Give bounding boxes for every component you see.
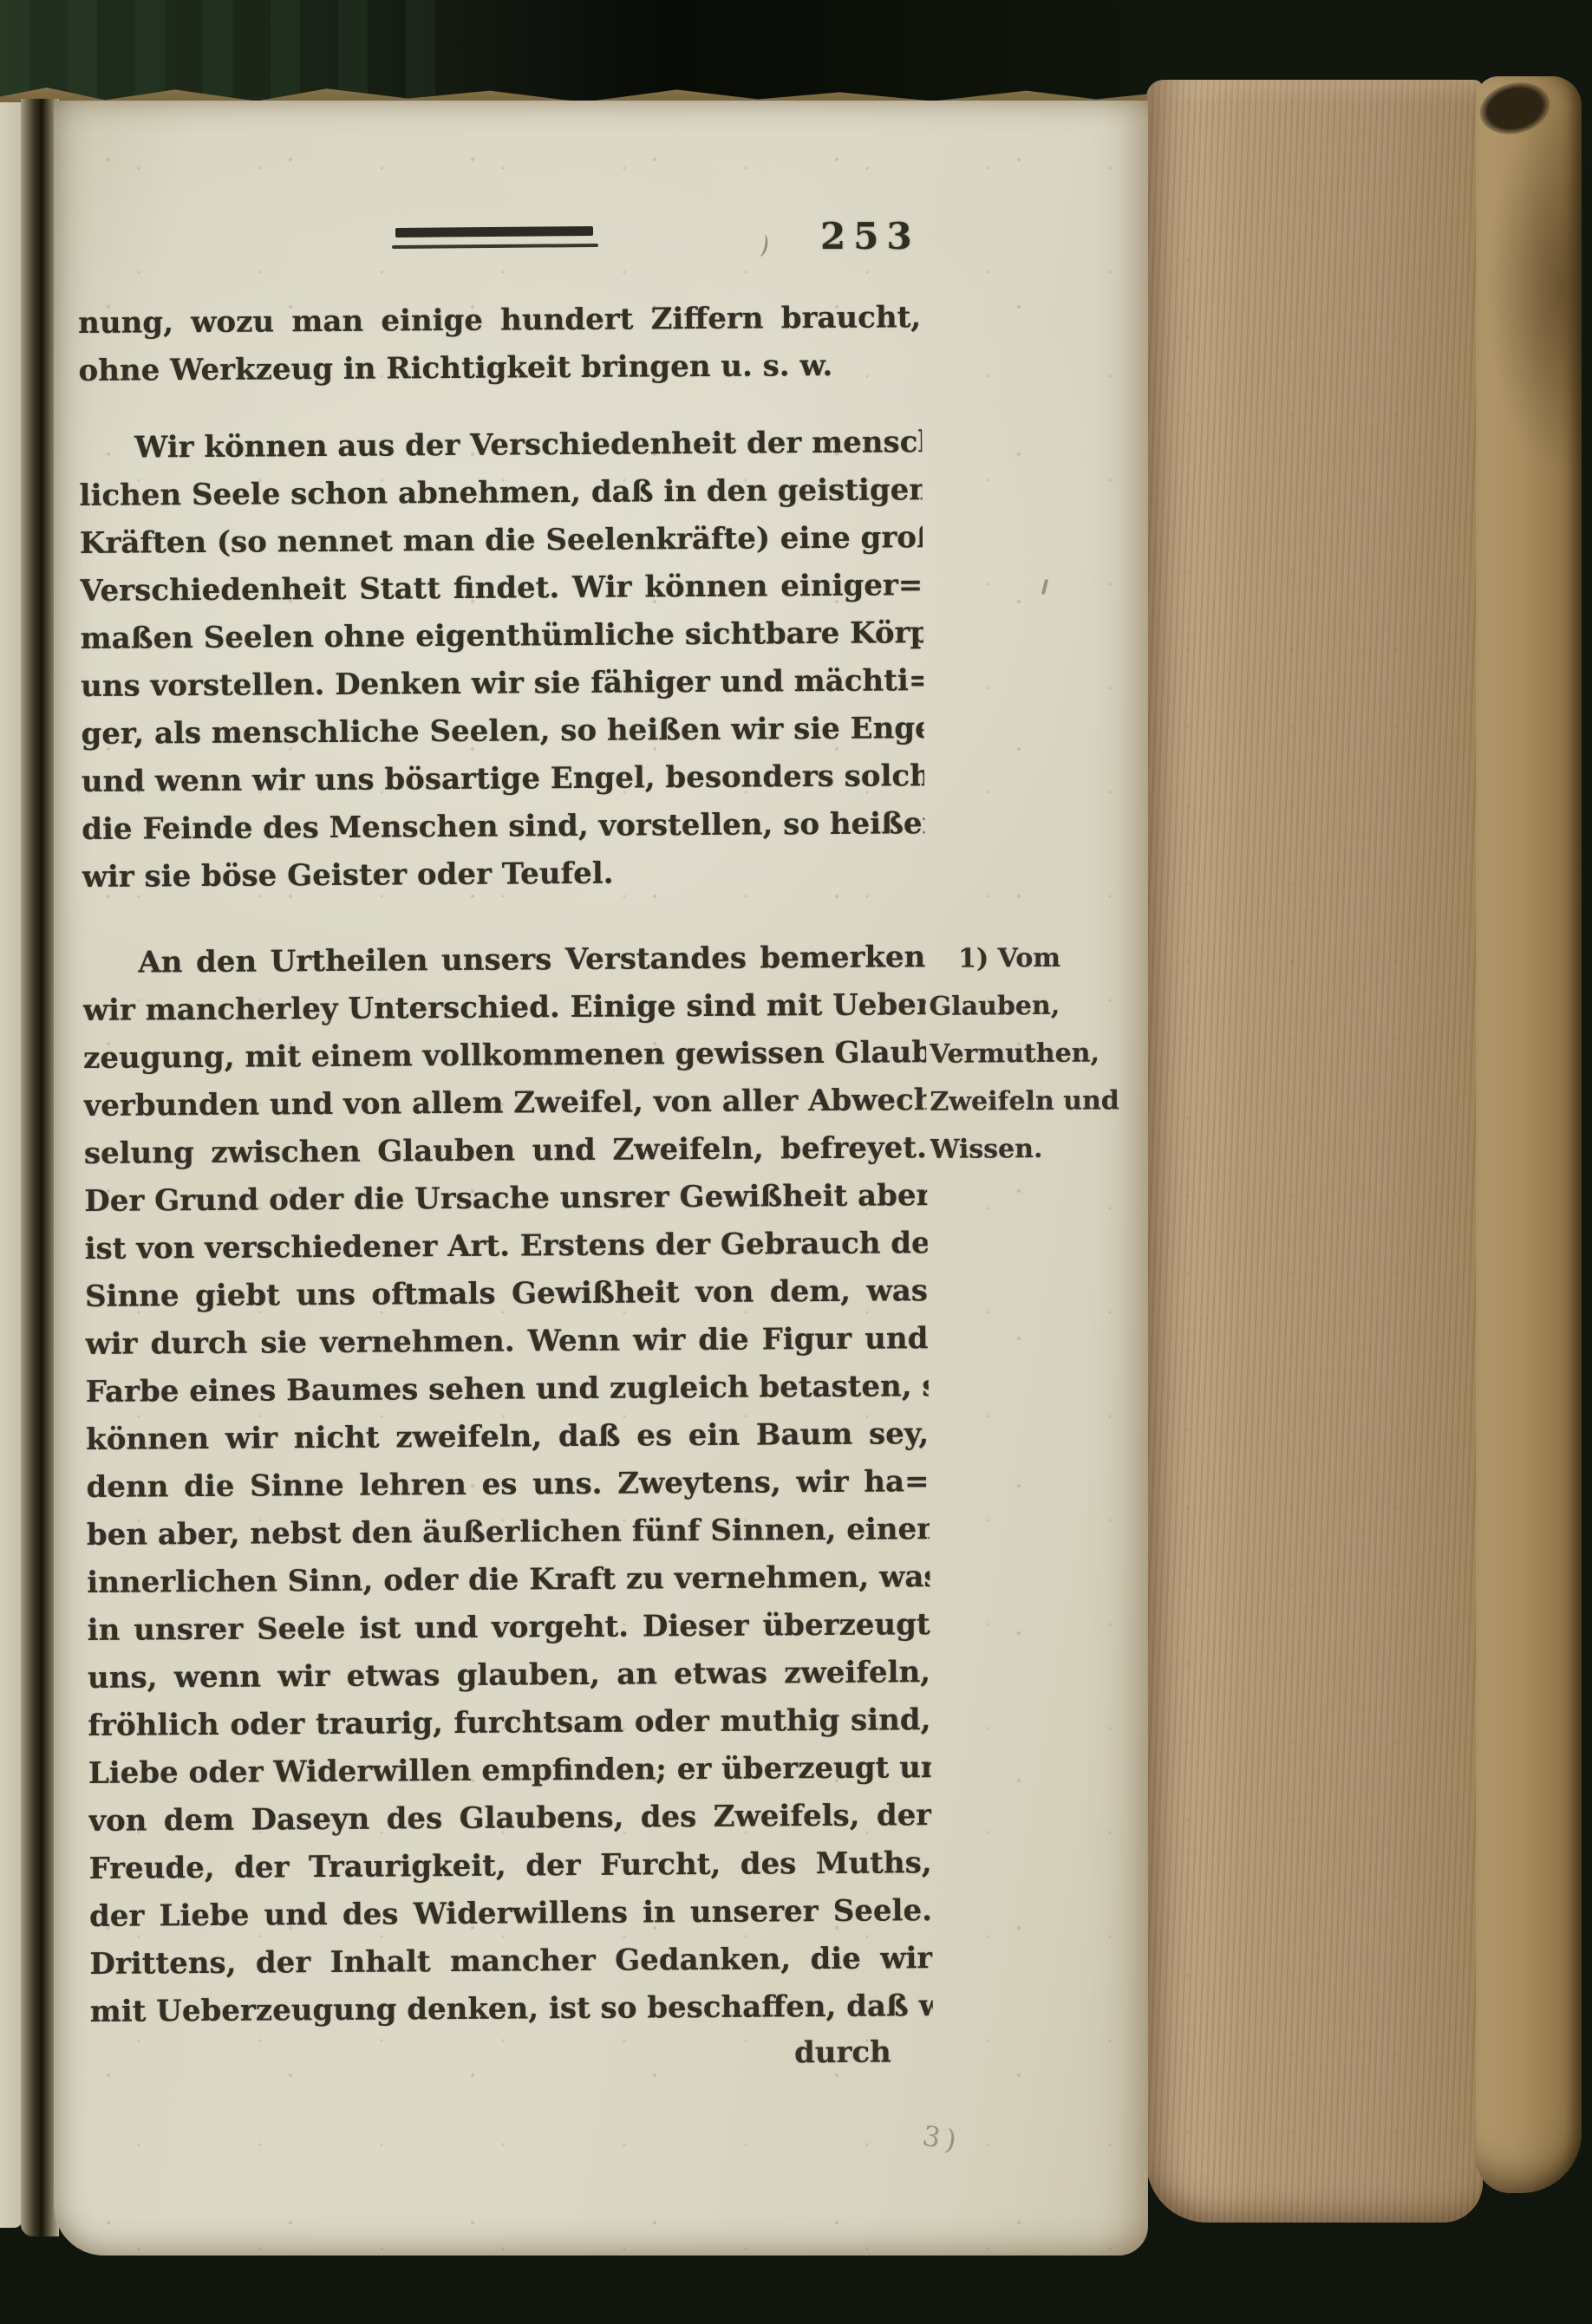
text-line: ger, als menschliche Seelen, so heißen w… xyxy=(81,705,923,758)
text-line: und wenn wir uns bösartige Engel, besond… xyxy=(82,752,924,806)
text-line: wir durch sie vernehmen. Wenn wir die Fi… xyxy=(85,1315,928,1369)
text-line: 1) Vom xyxy=(929,934,1147,983)
text-line: nung, wozu man einige hundert Ziffern br… xyxy=(78,294,921,348)
text-line: Wissen. xyxy=(930,1124,1149,1174)
margin-note: 1) VomGlauben,Vermuthen,Zweifeln undWiss… xyxy=(929,934,1149,1174)
background-streaks xyxy=(0,0,468,108)
text-line: ben aber, nebst den äußerlichen fünf Sin… xyxy=(87,1506,930,1559)
text-line: uns vorstellen. Denken wir sie fähiger u… xyxy=(81,657,923,711)
text-line: innerlichen Sinn, oder die Kraft zu vern… xyxy=(87,1553,930,1607)
text-line: lichen Seele schon abnehmen, daß in den … xyxy=(79,466,922,520)
page-text: nung, wozu man einige hundert Ziffern br… xyxy=(78,294,933,2036)
text-line: Drittens, der Inhalt mancher Gedanken, d… xyxy=(89,1935,932,1989)
text-line: zeugung, mit einem vollkommenen gewissen… xyxy=(83,1029,926,1083)
text-line: ohne Werkzeug in Richtigkeit bringen u. … xyxy=(78,342,921,395)
text-line: Liebe oder Widerwillen empfinden; er übe… xyxy=(88,1744,931,1798)
text-line: in unsrer Seele ist und vorgeht. Dieser … xyxy=(88,1601,930,1655)
pencil-mark: 3) xyxy=(920,2119,964,2158)
text-line: wir mancherley Unterschied. Einige sind … xyxy=(83,981,926,1035)
text-line: mit Ueberzeugung denken, ist so beschaff… xyxy=(90,1982,933,2036)
header-divider-rule-thick xyxy=(395,226,593,238)
text-line: der Liebe und des Widerwillens in unsere… xyxy=(89,1887,932,1941)
text-line: uns, wenn wir etwas glauben, an etwas zw… xyxy=(88,1649,930,1702)
text-line: An den Urtheilen unsers Verstandes bemer… xyxy=(82,934,925,987)
paragraph: An den Urtheilen unsers Verstandes bemer… xyxy=(82,934,933,2036)
text-line: die Feinde des Menschen sind, vorstellen… xyxy=(82,800,924,854)
text-line: selung zwischen Glauben und Zweifeln, be… xyxy=(84,1124,927,1178)
text-line: maßen Seelen ohne eigenthümliche sichtba… xyxy=(81,609,923,663)
text-line: von dem Daseyn des Glaubens, des Zweifel… xyxy=(88,1792,931,1846)
paragraph: nung, wozu man einige hundert Ziffern br… xyxy=(78,294,922,395)
text-line: Kräften (so nennet man die Seelenkräfte)… xyxy=(80,514,923,568)
scanned-book-photo: 253 nung, wozu man einige hundert Ziffer… xyxy=(0,0,1592,2324)
page-number: 253 xyxy=(820,215,920,257)
text-line: Glauben, xyxy=(929,981,1147,1031)
text-line: Wir können aus der Verschiedenheit der m… xyxy=(79,419,922,472)
text-line: Verschiedenheit Statt findet. Wir können… xyxy=(80,562,923,615)
paragraph: Wir können aus der Verschiedenheit der m… xyxy=(79,419,925,902)
text-line: verbunden und von allem Zweifel, von all… xyxy=(83,1077,926,1130)
text-line: Sinne giebt uns oftmals Gewißheit von de… xyxy=(85,1267,928,1321)
text-line: Zweifeln und xyxy=(930,1077,1148,1126)
text-line: ist von verschiedener Art. Erstens der G… xyxy=(84,1220,927,1273)
adjacent-page-edge xyxy=(0,102,23,2228)
text-line: denn die Sinne lehren es uns. Zweytens, … xyxy=(86,1458,929,1512)
text-line: wir sie böse Geister oder Teufel. xyxy=(82,848,924,902)
text-line: Der Grund oder die Ursache unsrer Gewißh… xyxy=(84,1172,927,1226)
book-cover-edge xyxy=(1476,76,1582,2193)
catchword: durch xyxy=(794,2035,891,2071)
text-line: können wir nicht zweifeln, daß es ein Ba… xyxy=(86,1410,929,1464)
text-line: Vermuthen, xyxy=(930,1029,1148,1078)
text-line: Farbe eines Baumes sehen und zugleich be… xyxy=(86,1363,929,1416)
book-fore-edge xyxy=(1146,80,1483,2223)
text-line: Freude, der Traurigkeit, der Furcht, des… xyxy=(88,1839,931,1893)
text-line: fröhlich oder traurig, furchtsam oder mu… xyxy=(88,1696,930,1750)
